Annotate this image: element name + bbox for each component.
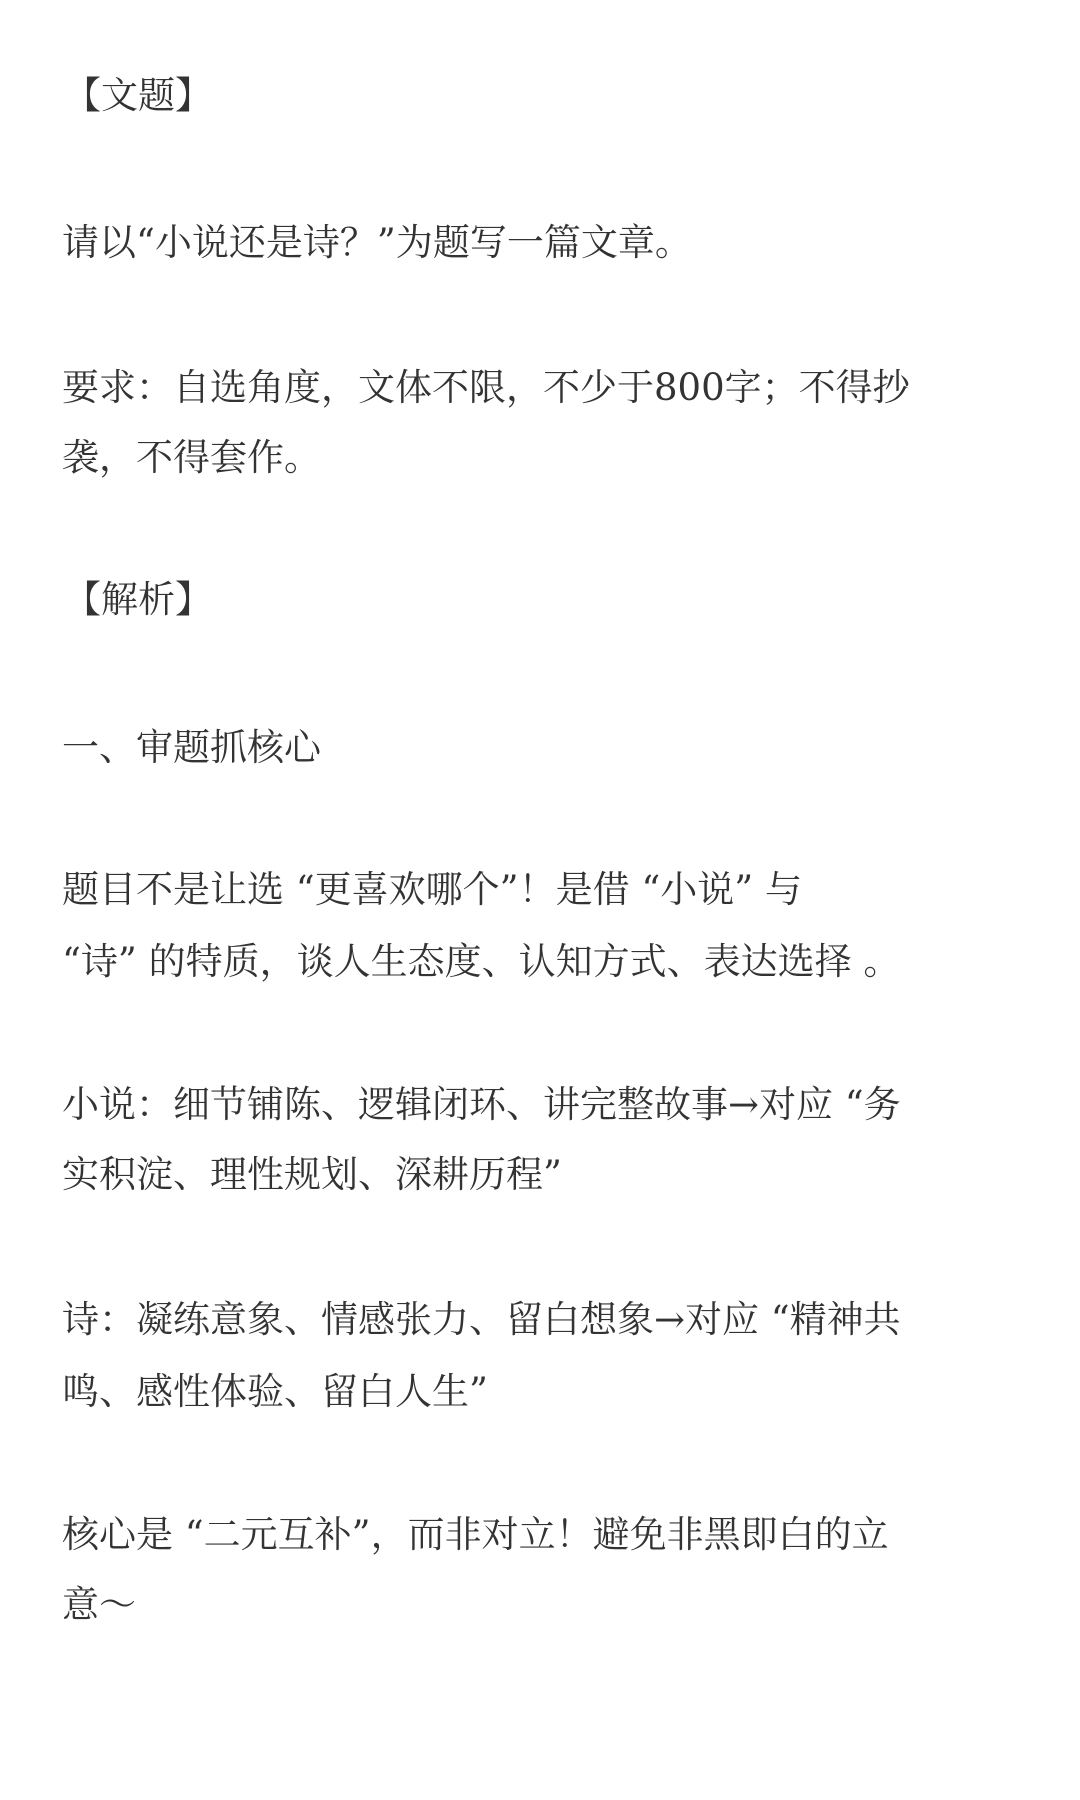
section-heading-analysis: 【解析】 (64, 578, 1024, 622)
intro-para-line-1: 题目不是让选 “更喜欢哪个”！是借 “小说” 与 (62, 868, 1022, 912)
poem-para-line-1: 诗：凝练意象、情感张力、留白想象→对应 “精神共 (62, 1298, 1022, 1342)
requirements-line-1: 要求：自选角度，文体不限，不少于800字；不得抄 (62, 366, 1022, 410)
core-para-line-1: 核心是 “二元互补”，而非对立！避免非黑即白的立 (62, 1513, 1022, 1557)
step-one-heading: 一、审题抓核心 (62, 726, 1022, 770)
poem-para-line-2: 鸣、感性体验、留白人生” (62, 1370, 1022, 1414)
core-para-line-2: 意～ (62, 1583, 1022, 1627)
novel-para-line-2: 实积淀、理性规划、深耕历程” (62, 1153, 1022, 1197)
novel-para-line-1: 小说：细节铺陈、逻辑闭环、讲完整故事→对应 “务 (62, 1083, 1022, 1127)
essay-prompt: 请以“小说还是诗？”为题写一篇文章。 (62, 221, 1022, 265)
intro-para-line-2: “诗” 的特质，谈人生态度、认知方式、表达选择 。 (62, 940, 1022, 984)
requirements-line-2: 袭，不得套作。 (62, 436, 1022, 480)
section-heading-topic: 【文题】 (64, 74, 1024, 118)
